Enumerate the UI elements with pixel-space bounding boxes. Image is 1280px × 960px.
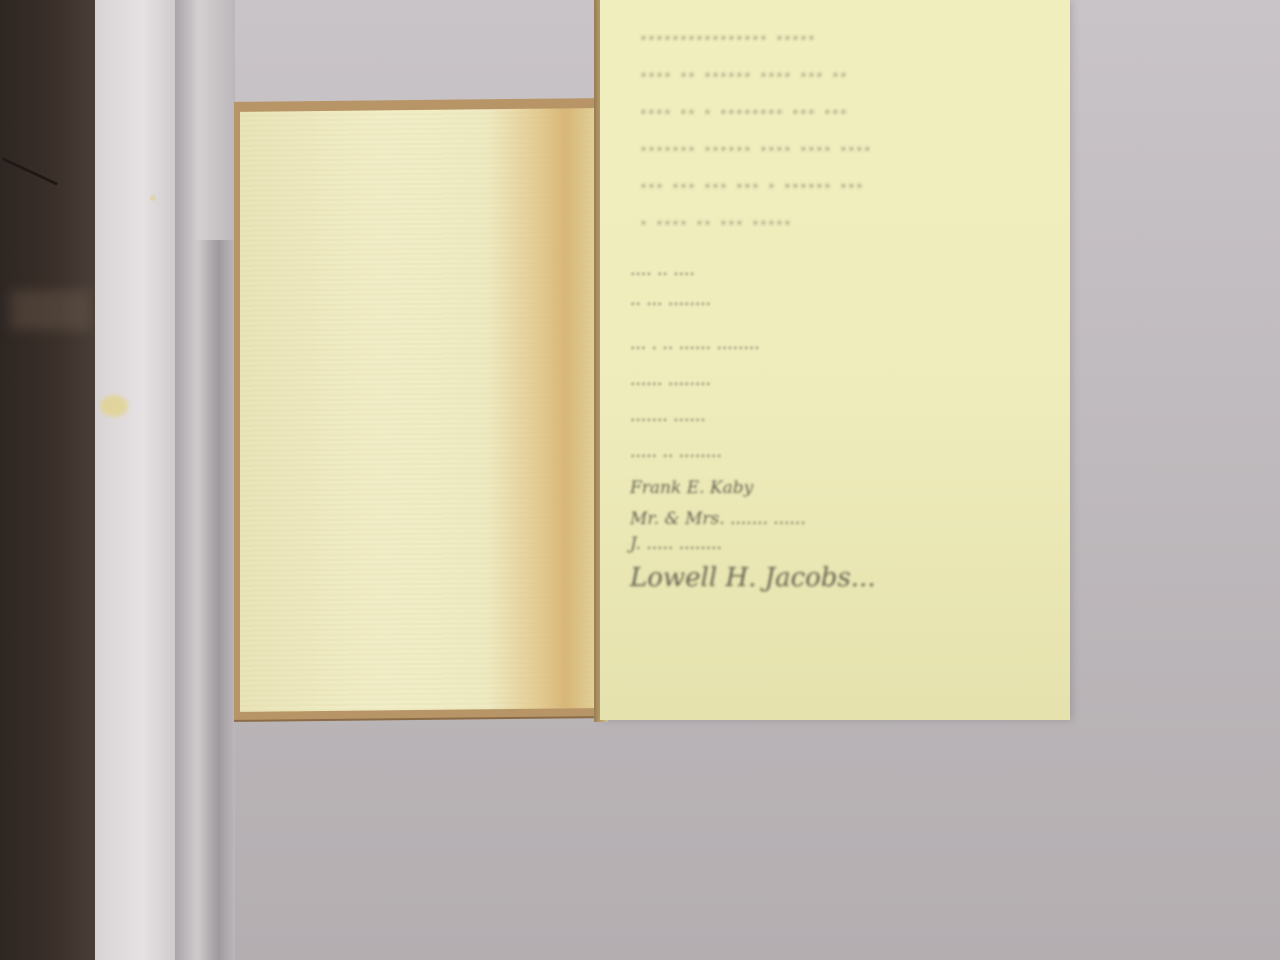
signature: J. ..... ........ (630, 532, 960, 556)
inscription-line: ................ ..... (640, 14, 1040, 51)
signature: ..... .. ........ (630, 434, 960, 470)
yellow-stain (100, 395, 128, 417)
handwritten-inscription: ................ ..... .... .. ...... ..… (640, 14, 1040, 236)
inscription-line: ... ... ... ... . ...... ... (640, 162, 1040, 199)
shadow-band (195, 240, 235, 960)
inscription-line: .... .. ...... .... ... .. (640, 51, 1040, 88)
photo-scene: ................ ..... .... .. ...... ..… (0, 0, 1280, 960)
small-stain (150, 195, 156, 201)
dark-streak (2, 157, 58, 185)
white-surface-strip (95, 0, 175, 960)
signature: Lowell H. Jacobs... (630, 556, 960, 600)
signature: ....... ...... (630, 398, 960, 434)
dark-background-edge (0, 0, 95, 960)
signature: Mr. & Mrs. ....... ...... (630, 506, 960, 532)
signature: ... . .. ...... ........ (630, 326, 960, 362)
signature-list: .... .. .... .. ... ........ ... . .. ..… (630, 252, 960, 600)
signature: Frank E. Kaby (630, 470, 960, 506)
signature: .. ... ........ (630, 288, 960, 312)
signature: .... .. .... (630, 252, 960, 288)
inscription-line: . .... .. ... ..... (640, 199, 1040, 236)
signature: ...... ........ (630, 362, 960, 398)
book-left-board (234, 98, 602, 720)
inscription-line: .... .. . ........ ... ... (640, 88, 1040, 125)
left-endpaper (240, 108, 594, 712)
light-smudge (10, 290, 90, 330)
inscription-line: ....... ...... .... .... .... (640, 125, 1040, 162)
